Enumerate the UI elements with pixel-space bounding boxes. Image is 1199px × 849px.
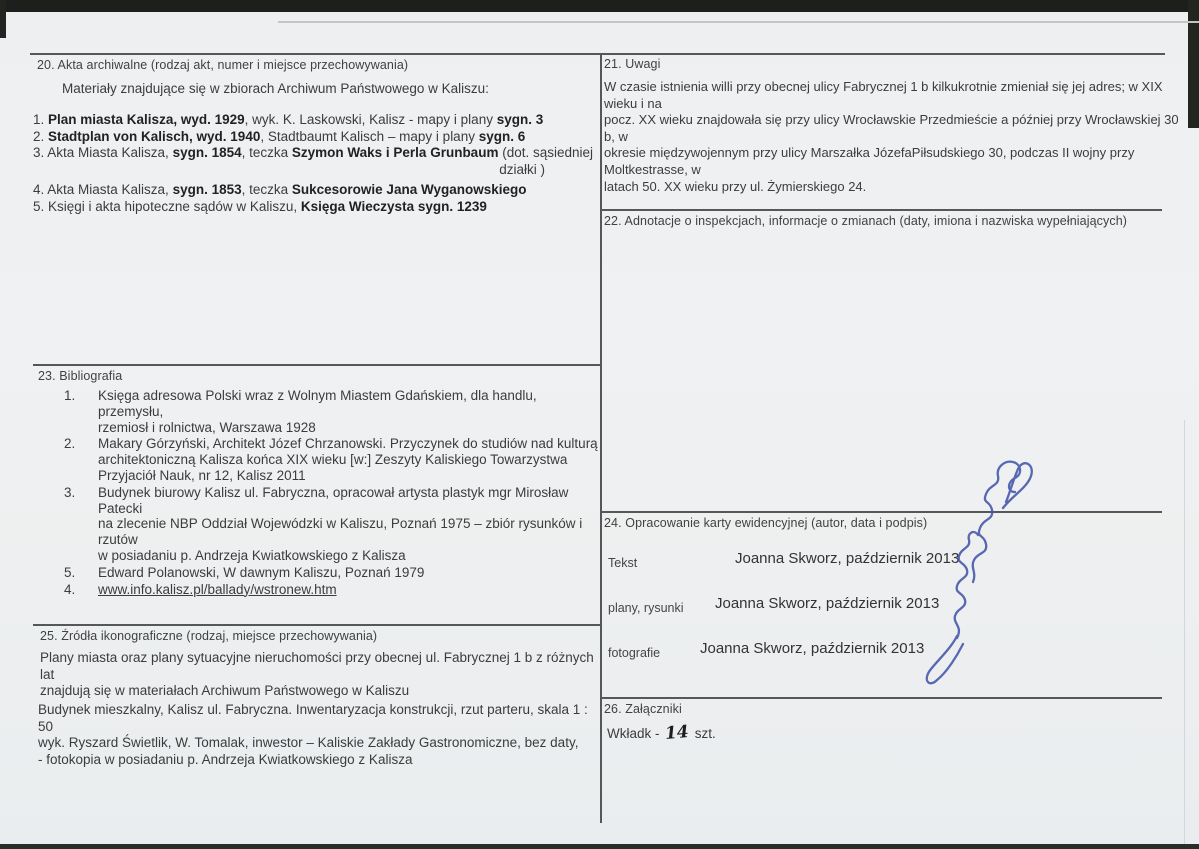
bibliography-item: 4.www.info.kalisz.pl/ballady/wstronew.ht… [64,582,600,598]
rule-above-section-24 [600,511,1162,513]
credit-label: plany, rysunki [608,601,684,615]
archival-item-line: 2. Stadtplan von Kalisch, wyd. 1940, Sta… [33,129,595,146]
paragraph-line: wyk. Ryszard Świetlik, W. Tomalak, inwes… [38,735,596,752]
section-20-intro: Materiały znajdujące się w zbiorach Arch… [62,81,489,96]
section-24-credits: TekstJoanna Skworz, październik 2013plan… [604,544,1104,679]
section-25-title: 25. Źródła ikonograficzne (rodzaj, miejs… [40,629,377,643]
bibliography-item-text: Budynek biurowy Kalisz ul. Fabryczna, op… [98,485,600,564]
bibliography-item-text: Makary Górzyński, Architekt Józef Chrzan… [98,436,600,483]
section-21-remarks: W czasie istnienia willi przy obecnej ul… [604,79,1179,195]
archival-item-line: 5. Księgi i akta hipoteczne sądów w Kali… [33,199,595,216]
bibliography-item: 3.Budynek biurowy Kalisz ul. Fabryczna, … [64,485,600,564]
section-20-archival-items: 1. Plan miasta Kalisza, wyd. 1929, wyk. … [33,112,595,216]
paragraph-line: W czasie istnienia willi przy obecnej ul… [604,79,1179,112]
bibliography-item: 5.Edward Polanowski, W dawnym Kaliszu, P… [64,565,600,581]
table-top-rule [30,53,1165,55]
archival-item-line: 4. Akta Miasta Kalisza, sygn. 1853, tecz… [33,182,595,199]
rule-above-section-26 [600,697,1162,699]
scan-edge-bottom [0,844,1199,849]
page-crease [1184,420,1185,844]
paragraph-line: - fotokopia w posiadaniu p. Andrzeja Kwi… [38,752,596,769]
credit-row: TekstJoanna Skworz, październik 2013 [604,544,1104,589]
rule-above-section-22 [600,209,1162,211]
section-20-title: 20. Akta archiwalne (rodzaj akt, numer i… [37,58,408,72]
section-26-title: 26. Załączniki [604,702,682,716]
scan-edge-left [0,0,6,38]
section-25-paragraph-plans: Plany miasta oraz plany sytuacyjne nieru… [40,650,596,700]
archival-item-line: 1. Plan miasta Kalisza, wyd. 1929, wyk. … [33,112,595,129]
section-26-attachments-line: Wkładk - 14 szt. [607,723,716,743]
credit-value: Joanna Skworz, październik 2013 [700,640,924,657]
credit-row: fotografieJoanna Skworz, październik 201… [604,634,1104,679]
credit-row: plany, rysunkiJoanna Skworz, październik… [604,589,1104,634]
archival-item-line: 3. Akta Miasta Kalisza, sygn. 1854, tecz… [33,145,595,162]
paragraph-line: znajdują się w materiałach Archiwum Pańs… [40,683,596,700]
bibliography-item-number: 3. [64,485,98,564]
scan-edge-right [1188,0,1199,128]
paragraph-line: latach 50. XX wieku przy ul. Żymierskieg… [604,179,1179,196]
paragraph-line: Plany miasta oraz plany sytuacyjne nieru… [40,650,596,683]
credit-label: Tekst [608,556,637,570]
section-23-title: 23. Bibliografia [38,369,122,383]
bibliography-item-number: 2. [64,436,98,483]
bibliography-item-text: www.info.kalisz.pl/ballady/wstronew.htm [98,582,600,598]
scan-edge-top [0,0,1199,12]
credit-label: fotografie [608,646,660,660]
table-column-divider [600,53,602,823]
section-25-paragraph-building: Budynek mieszkalny, Kalisz ul. Fabryczna… [38,702,596,768]
paragraph-line: Budynek mieszkalny, Kalisz ul. Fabryczna… [38,702,596,735]
rule-above-section-25 [33,624,600,626]
rule-above-section-23 [33,364,600,366]
section-21-title: 21. Uwagi [604,57,661,71]
credit-value: Joanna Skworz, październik 2013 [735,550,959,567]
bibliography-item-number: 1. [64,388,98,435]
section-23-bibliography-list: 1.Księga adresowa Polski wraz z Wolnym M… [64,388,600,598]
attachments-count-handwritten: 14 [664,722,689,744]
paragraph-line: pocz. XX wieku znajdowała się przy ulicy… [604,112,1179,145]
bibliography-item-number: 4. [64,582,98,598]
attachments-suffix: szt. [691,726,716,741]
bibliography-item-text: Księga adresowa Polski wraz z Wolnym Mia… [98,388,600,435]
credit-value: Joanna Skworz, październik 2013 [715,595,939,612]
bibliography-item: 1.Księga adresowa Polski wraz z Wolnym M… [64,388,600,435]
bibliography-item-number: 5. [64,565,98,581]
paragraph-line: okresie międzywojennym przy ulicy Marsza… [604,145,1179,178]
scan-ghost-line [278,21,1199,23]
section-24-title: 24. Opracowanie karty ewidencyjnej (auto… [604,516,927,530]
section-22-title: 22. Adnotacje o inspekcjach, informacje … [604,214,1127,228]
scanned-record-card: 20. Akta archiwalne (rodzaj akt, numer i… [0,0,1199,849]
attachments-prefix: Wkładk - [607,726,663,741]
bibliography-item: 2.Makary Górzyński, Architekt Józef Chrz… [64,436,600,483]
bibliography-item-text: Edward Polanowski, W dawnym Kaliszu, Poz… [98,565,600,581]
archival-item-line: działki ) [33,162,595,179]
